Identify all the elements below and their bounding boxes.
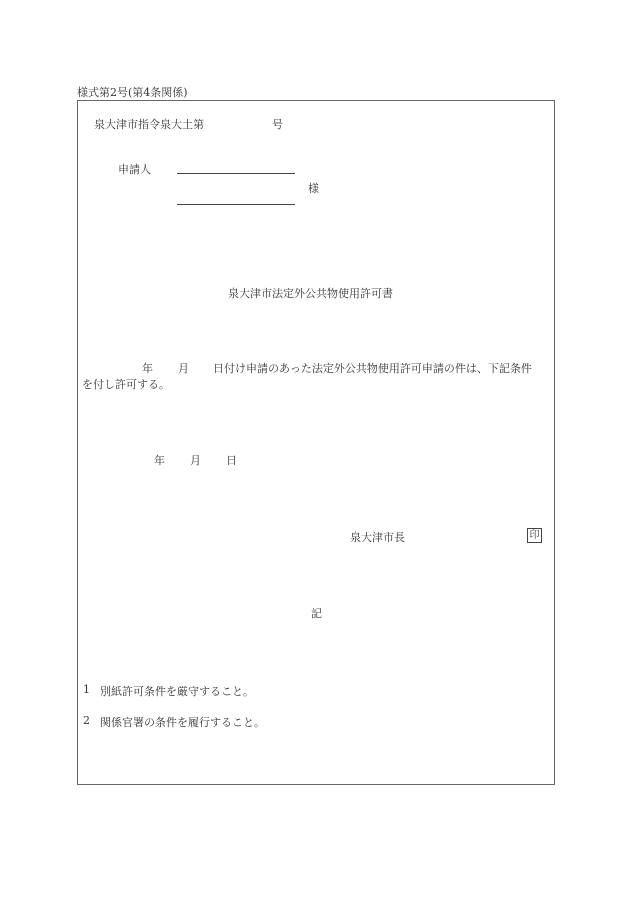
applicant-line-1 [177,173,295,174]
form-label: 様式第2号(第4条関係) [77,84,188,100]
seal-mark: 印 [527,528,542,543]
body-year: 年 [142,360,153,376]
body-text-line1: 日付け申請のあった法定外公共物使用許可申請の件は、下記条件 [213,360,532,376]
body-month: 月 [178,360,189,376]
document-title: 泉大津市法定外公共物使用許可書 [228,285,393,301]
notes-heading: 記 [311,605,322,621]
permit-number-prefix: 泉大津市指令泉大土第 [94,116,204,132]
date-month: 月 [190,452,201,468]
condition-1-number: 1 [83,683,90,696]
applicant-honorific: 様 [308,180,319,196]
issuer-title: 泉大津市長 [350,529,405,545]
condition-2-text: 関係官署の条件を履行すること。 [100,714,265,730]
condition-1-text: 別紙許可条件を厳守すること。 [100,683,254,699]
permit-number-suffix: 号 [272,116,283,132]
body-text-line2: を付し許可する。 [82,376,170,392]
date-year: 年 [154,452,165,468]
condition-2-number: 2 [83,714,90,727]
date-day: 日 [226,452,237,468]
applicant-label: 申請人 [118,161,151,177]
applicant-line-2 [177,204,295,205]
